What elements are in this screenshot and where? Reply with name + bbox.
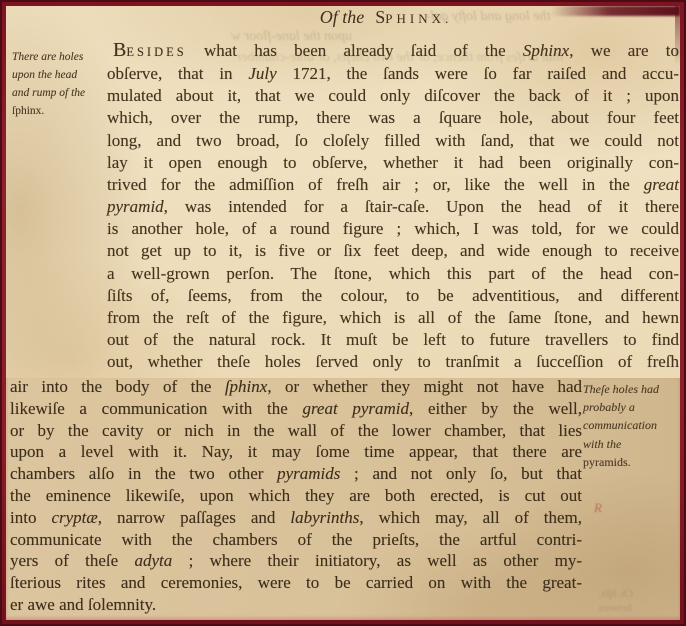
red-ink-mark: R <box>594 500 602 516</box>
text-line: trived for the admiſſion of freſh air ; … <box>107 174 679 196</box>
text-line: BESIDES what has been already ſaid of th… <box>107 39 679 63</box>
text-line: likewiſe a communication with the great … <box>10 398 582 420</box>
text-line: or by the cavity or nich in the wall of … <box>10 420 582 442</box>
text-line: a well-grown perſon. The ſtone, which th… <box>107 263 679 285</box>
text-line: into cryptæ, narrow paſſages and labyrin… <box>10 507 582 529</box>
text-line: pyramid, was intended for a ſtair-caſe. … <box>107 196 679 218</box>
paper-surface: the long and lofty gal- upon the lane-fl… <box>6 6 680 620</box>
text-line: from the reſt of the figure, which is al… <box>107 307 679 329</box>
body-text-top: BESIDES what has been already ſaid of th… <box>107 39 679 373</box>
text-line: the eminence likewiſe, upon which they a… <box>10 485 582 507</box>
text-line: not get up to it, is five or ſix feet de… <box>107 240 679 262</box>
text-line: There are holes <box>12 48 104 66</box>
text-line: ſiſts of, ſeems, from the colour, to be … <box>107 285 679 307</box>
text-line: is another hole, of a round figure ; whi… <box>107 218 679 240</box>
title-smallcaps: PHINX. <box>385 11 452 26</box>
text-line: pyramids. <box>583 453 679 471</box>
text-line: chambers alſo in the two other pyramids … <box>10 463 582 485</box>
text-line: out, whether theſe holes ſerved only to … <box>107 351 679 373</box>
text-line: mulated about it, that we could only diſ… <box>107 85 679 107</box>
text-line: obſerve, that in July 1721, the ſands we… <box>107 63 679 85</box>
first-line-rest: what has been already ſaid of the Sphinx… <box>187 41 679 60</box>
text-line: Theſe holes had <box>583 380 679 398</box>
text-line: ſterious rites and ceremonies, were to b… <box>10 572 582 594</box>
body-bottom-lines: air into the body of the ſphinx, or whet… <box>10 376 582 616</box>
text-line: yers of theſe adyta ; where their initia… <box>10 550 582 572</box>
text-line: ſphinx. <box>12 102 104 120</box>
title-initial: S <box>375 7 385 27</box>
page-title: Of the SPHINX. <box>101 7 680 28</box>
text-line: long, and two broad, ſo cloſely filled w… <box>107 130 679 152</box>
text-line: communicate with the chambers of the pri… <box>10 529 582 551</box>
text-line: upon a level with it. Nay, it may ſome t… <box>10 441 582 463</box>
text-line: er awe and ſolemnity. <box>10 594 582 616</box>
text-line: out of the natural rock. It muſt be left… <box>107 329 679 351</box>
drop-initial: B <box>113 39 126 61</box>
text-line: upon the head <box>12 66 104 84</box>
margin-note-right: Theſe holes hadprobably acommunicationwi… <box>583 380 679 471</box>
text-line: which, over the rump, there was a ſquare… <box>107 107 679 129</box>
text-line: and rump of the <box>12 84 104 102</box>
text-line: with the <box>583 435 679 453</box>
body-top-lines: obſerve, that in July 1721, the ſands we… <box>107 63 679 373</box>
text-line: communication <box>583 416 679 434</box>
text-line: lay it open enough to obſerve, whether i… <box>107 152 679 174</box>
smallcaps-word: ESIDES <box>126 45 186 59</box>
text-line: air into the body of the ſphinx, or whet… <box>10 376 582 398</box>
margin-note-left: There are holesupon the headand rump of … <box>12 48 104 120</box>
show-through-text: Ch. liſts, <box>599 589 633 600</box>
scanned-book-page: the long and lofty gal- upon the lane-fl… <box>0 0 686 626</box>
body-text-bottom: air into the body of the ſphinx, or whet… <box>10 376 582 616</box>
title-italic-part: Of the <box>320 7 365 27</box>
text-line: probably a <box>583 398 679 416</box>
show-through-text: between <box>599 603 632 614</box>
